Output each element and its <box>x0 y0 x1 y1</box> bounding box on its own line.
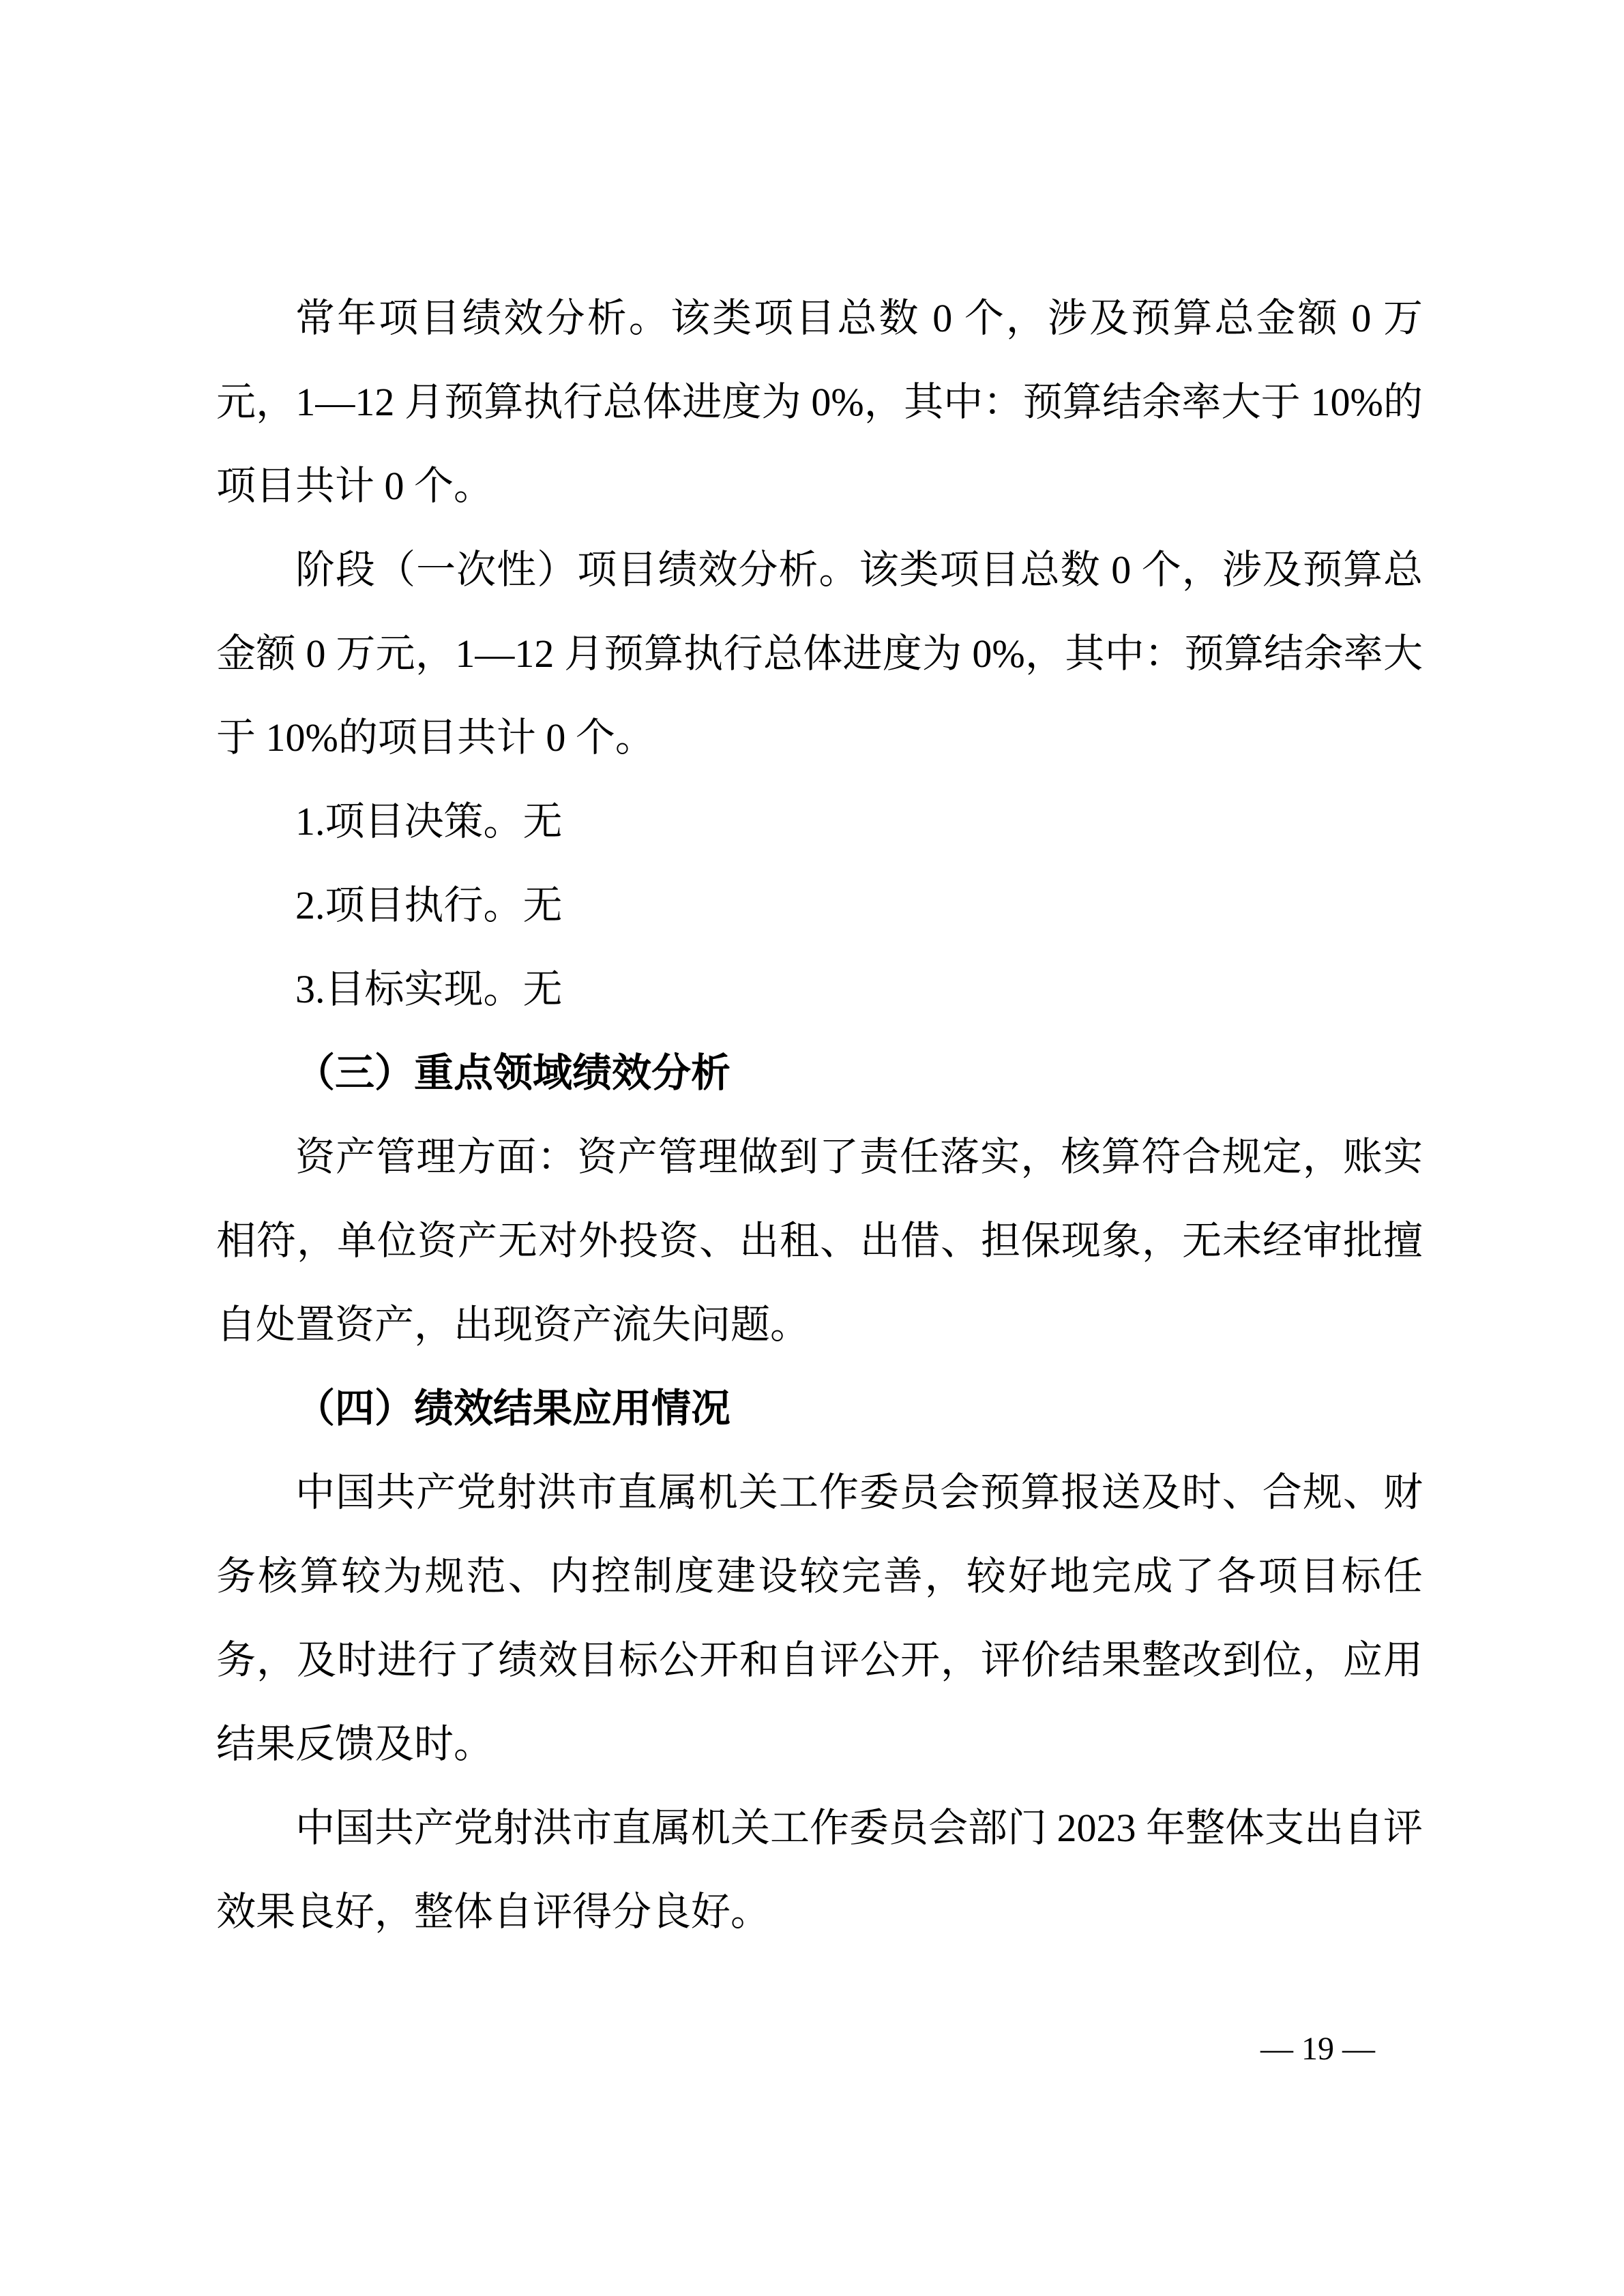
document-page: 常年项目绩效分析。该类项目总数 0 个，涉及预算总金额 0 万元，1—12 月预… <box>0 0 1624 2296</box>
list-item: 3.目标实现。无 <box>216 947 1423 1031</box>
body-paragraph: 资产管理方面：资产管理做到了责任落实，核算符合规定，账实相符，单位资产无对外投资… <box>216 1115 1423 1367</box>
body-paragraph: 常年项目绩效分析。该类项目总数 0 个，涉及预算总金额 0 万元，1—12 月预… <box>216 276 1423 528</box>
list-item: 2.项目执行。无 <box>216 863 1423 947</box>
body-paragraph: 阶段（一次性）项目绩效分析。该类项目总数 0 个，涉及预算总金额 0 万元，1—… <box>216 528 1423 779</box>
document-body: 常年项目绩效分析。该类项目总数 0 个，涉及预算总金额 0 万元，1—12 月预… <box>216 276 1423 1954</box>
body-paragraph: 中国共产党射洪市直属机关工作委员会预算报送及时、合规、财务核算较为规范、内控制度… <box>216 1450 1423 1786</box>
section-heading: （四）绩效结果应用情况 <box>216 1367 1423 1450</box>
page-number: — 19 — <box>216 2029 1423 2070</box>
list-item: 1.项目决策。无 <box>216 779 1423 863</box>
section-heading: （三）重点领域绩效分析 <box>216 1031 1423 1115</box>
body-paragraph: 中国共产党射洪市直属机关工作委员会部门 2023 年整体支出自评效果良好，整体自… <box>216 1786 1423 1954</box>
